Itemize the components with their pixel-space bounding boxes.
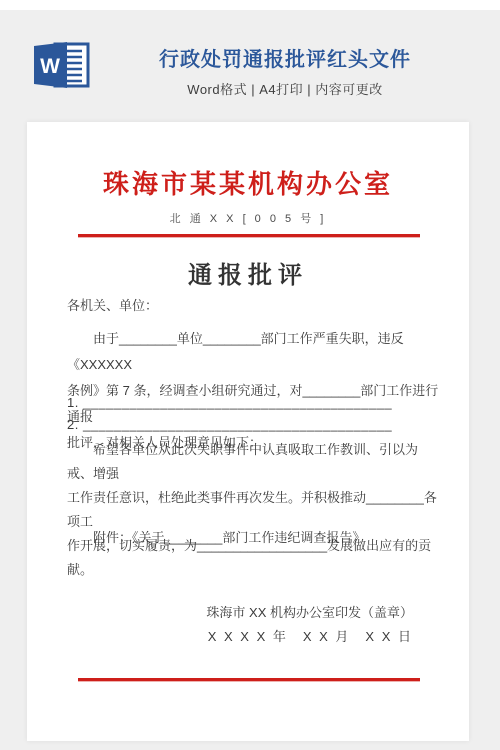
numbered-blanks: 1. _____________________________________… [67, 392, 439, 436]
paragraph-1: 由于________单位________部门工作严重失职，违反《XXXXXX 条… [67, 326, 439, 456]
header: W 行政处罚通报批评红头文件 Word格式 | A4打印 | 内容可更改 [0, 10, 500, 115]
blank-item-1: 1. _____________________________________… [67, 392, 439, 414]
paragraph-2-line: 希望各单位从此次失职事件中认真吸取工作教训、引以为戒、增强 [67, 438, 439, 486]
paragraph-1-line: 由于________单位________部门工作严重失职，违反《XXXXXX [67, 326, 439, 378]
template-title: 行政处罚通报批评红头文件 [80, 43, 490, 72]
attachment-line: 附件：《关于________部门工作违纪调查报告》 [67, 527, 439, 546]
template-subtitle: Word格式 | A4打印 | 内容可更改 [80, 79, 490, 98]
red-head-org-title: 珠海市某某机构办公室 [27, 168, 469, 200]
template-preview-screen: W 行政处罚通报批评红头文件 Word格式 | A4打印 | 内容可更改 珠海市… [0, 0, 500, 750]
document-number: 北 通 X X [ 0 0 5 号 ] [27, 210, 469, 226]
top-strip [0, 0, 500, 10]
blank-item-2: 2. _____________________________________… [67, 414, 439, 436]
document-page: 珠海市某某机构办公室 北 通 X X [ 0 0 5 号 ] 通报批评 各机关、… [27, 122, 469, 741]
issuer-line: 珠海市 XX 机构办公室印发（盖章） [67, 601, 413, 625]
header-text: 行政处罚通报批评红头文件 Word格式 | A4打印 | 内容可更改 [80, 43, 490, 98]
red-rule-top [78, 234, 420, 237]
signature-block: 珠海市 XX 机构办公室印发（盖章） X X X X 年 X X 月 X X 日 [67, 601, 413, 649]
svg-text:W: W [40, 55, 60, 78]
paragraph-2: 希望各单位从此次失职事件中认真吸取工作教训、引以为戒、增强 工作责任意识，杜绝此… [67, 438, 439, 582]
date-line: X X X X 年 X X 月 X X 日 [67, 625, 413, 649]
red-rule-bottom [78, 678, 420, 681]
document-heading: 通报批评 [27, 255, 469, 290]
salutation: 各机关、单位： [67, 295, 158, 314]
